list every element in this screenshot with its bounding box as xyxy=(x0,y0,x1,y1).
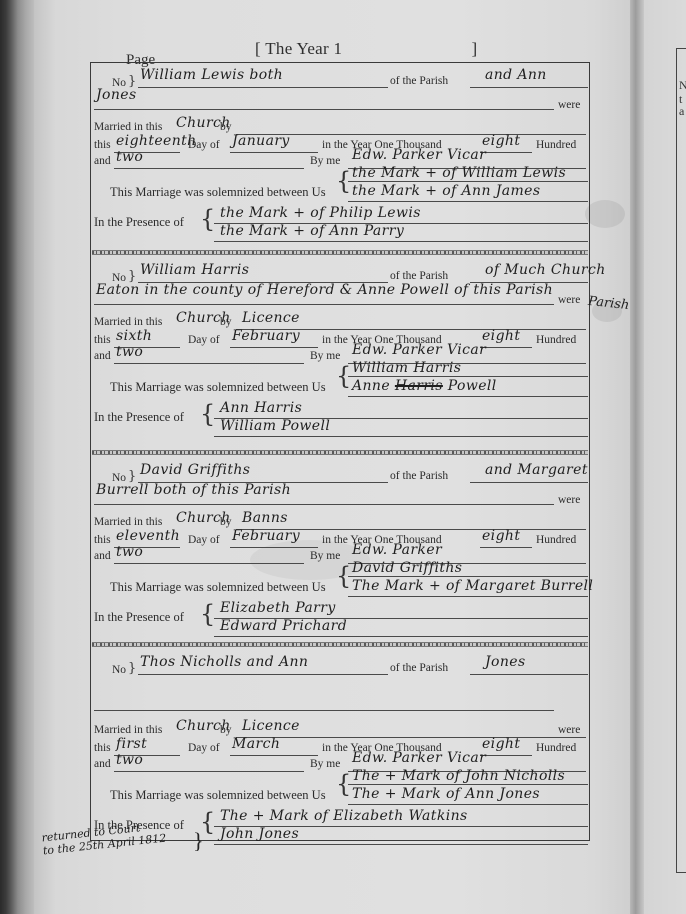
party-signature: Anne Harris Powell xyxy=(352,378,497,394)
page-gutter xyxy=(630,0,644,914)
printed-label: Hundred xyxy=(536,334,576,346)
ruled-line xyxy=(480,547,532,548)
party-signature: The + Mark of John Nicholls xyxy=(352,768,565,784)
printed-label: Day of xyxy=(188,139,220,151)
brace-icon: { xyxy=(200,402,215,426)
paper-stain xyxy=(585,200,625,228)
ruled-line xyxy=(348,376,588,377)
ruled-line xyxy=(94,504,554,505)
ruled-line xyxy=(470,87,588,88)
ruled-line xyxy=(348,396,588,397)
ruled-line xyxy=(348,784,588,785)
printed-label: were xyxy=(558,494,580,506)
book-spine xyxy=(0,0,34,914)
parish-detail: Jones xyxy=(485,654,526,670)
printed-label: This Marriage was solemnized between Us xyxy=(110,380,326,395)
bride-name: Eaton in the county of Hereford & Anne P… xyxy=(96,282,553,298)
ruled-line xyxy=(114,771,304,772)
ruled-line xyxy=(480,347,532,348)
ruled-line xyxy=(470,674,588,675)
printed-label: of the Parish xyxy=(390,662,448,674)
ruled-line xyxy=(470,482,588,483)
ruled-line xyxy=(214,844,588,845)
party-signature: the Mark + of William Lewis xyxy=(352,165,566,181)
facing-page-fragment: a xyxy=(679,104,684,119)
ruled-line xyxy=(138,87,388,88)
year-tail: two xyxy=(116,344,143,360)
printed-label: were xyxy=(558,724,580,736)
printed-label: of the Parish xyxy=(390,470,448,482)
officiant-signature: Edw. Parker Vicar xyxy=(352,750,486,766)
year-label: [ The Year xyxy=(255,39,329,58)
parish-detail: and Ann xyxy=(485,67,547,83)
year-word: eight xyxy=(482,328,520,344)
officiant-signature: Edw. Parker xyxy=(352,542,442,558)
ruled-line xyxy=(138,674,388,675)
year-tail: two xyxy=(116,149,143,165)
ruled-line xyxy=(214,241,588,242)
printed-label: This Marriage was solemnized between Us xyxy=(110,185,326,200)
witness-signature: The + Mark of Elizabeth Watkins xyxy=(220,808,468,824)
marriage-day: eighteenth xyxy=(116,133,197,149)
year-word: eight xyxy=(482,133,520,149)
year-tail: two xyxy=(116,752,143,768)
decorative-divider xyxy=(92,642,588,647)
printed-label: Day of xyxy=(188,334,220,346)
year-heading: [ The Year 1 ] xyxy=(255,39,477,59)
decorative-divider xyxy=(92,450,588,455)
ruled-line xyxy=(348,201,588,202)
ruled-line xyxy=(114,563,304,564)
marriage-month: February xyxy=(232,328,300,344)
marriage-entry: No}William Lewis bothof the Parishand An… xyxy=(90,63,590,263)
printed-label: by xyxy=(220,724,232,736)
marriage-authority: Licence xyxy=(242,718,300,734)
ruled-line xyxy=(348,181,588,182)
printed-label: By me xyxy=(310,550,340,562)
brace-icon: } xyxy=(128,662,136,675)
year-tail: two xyxy=(116,544,143,560)
marriage-month: February xyxy=(232,528,300,544)
printed-label: Married in this xyxy=(94,316,162,328)
brace-icon: { xyxy=(200,602,215,626)
printed-label: In the Presence of xyxy=(94,215,184,230)
witness-signature: Elizabeth Parry xyxy=(220,600,336,616)
witness-signature: the Mark + of Philip Lewis xyxy=(220,205,421,221)
printed-label: this xyxy=(94,334,111,346)
printed-label: by xyxy=(220,516,232,528)
decorative-divider xyxy=(92,250,588,255)
party-signature: The Mark + of Margaret Burrell xyxy=(352,578,593,594)
witness-signature: John Jones xyxy=(220,826,299,842)
year-word: eight xyxy=(482,528,520,544)
brace-icon: { xyxy=(200,207,215,231)
signature-part: Anne xyxy=(352,378,395,394)
printed-label: By me xyxy=(310,350,340,362)
printed-label: were xyxy=(558,294,580,306)
groom-name: David Griffiths xyxy=(140,462,250,478)
ruled-line xyxy=(94,109,554,110)
printed-label: and xyxy=(94,550,111,562)
printed-label: Day of xyxy=(188,742,220,754)
ruled-line xyxy=(230,755,318,756)
marriage-entry: No}William Harrisof the Parishof Much Ch… xyxy=(90,258,590,458)
year-close: ] xyxy=(471,39,477,58)
witness-signature: Ann Harris xyxy=(220,400,302,416)
printed-label: this xyxy=(94,742,111,754)
printed-label: Hundred xyxy=(536,534,576,546)
printed-label: and xyxy=(94,758,111,770)
witness-signature: William Powell xyxy=(220,418,330,434)
marriage-month: January xyxy=(232,133,290,149)
ruled-line xyxy=(214,636,588,637)
officiant-signature: Edw. Parker Vicar xyxy=(352,342,486,358)
printed-label: No xyxy=(112,664,126,676)
ruled-line xyxy=(480,755,532,756)
year-value: 1 xyxy=(334,39,343,58)
struck-out-word: Harris xyxy=(395,378,443,394)
year-word: eight xyxy=(482,736,520,752)
printed-label: Day of xyxy=(188,534,220,546)
printed-label: were xyxy=(558,99,580,111)
printed-label: this xyxy=(94,534,111,546)
marriage-day: sixth xyxy=(116,328,152,344)
witness-signature: the Mark + of Ann Parry xyxy=(220,223,404,239)
printed-label: by xyxy=(220,121,232,133)
ruled-line xyxy=(230,547,318,548)
printed-label: by xyxy=(220,316,232,328)
printed-label: In the Presence of xyxy=(94,610,184,625)
bride-name: Jones xyxy=(96,87,137,103)
officiant-signature: Edw. Parker Vicar xyxy=(352,147,486,163)
printed-label: and xyxy=(94,350,111,362)
signature-part: Powell xyxy=(443,378,497,394)
printed-label: In the Presence of xyxy=(94,410,184,425)
marriage-entry: No}Thos Nicholls and Annof the ParishJon… xyxy=(90,650,590,850)
printed-label: of the Parish xyxy=(390,75,448,87)
party-signature: William Harris xyxy=(352,360,461,376)
bride-name: Burrell both of this Parish xyxy=(96,482,291,498)
facing-page-fragment: N xyxy=(679,78,686,93)
marriage-month: March xyxy=(232,736,280,752)
groom-name: Thos Nicholls and Ann xyxy=(140,654,308,670)
ruled-line xyxy=(348,804,588,805)
marriage-day: first xyxy=(116,736,147,752)
marriage-day: eleventh xyxy=(116,528,180,544)
party-signature: The + Mark of Ann Jones xyxy=(352,786,540,802)
ruled-line xyxy=(236,737,586,738)
witness-signature: Edward Prichard xyxy=(220,618,347,634)
printed-label: this xyxy=(94,139,111,151)
ruled-line xyxy=(480,152,532,153)
ruled-line xyxy=(94,304,554,305)
ruled-line xyxy=(114,363,304,364)
ruled-line xyxy=(230,347,318,348)
ruled-line xyxy=(348,596,588,597)
facing-page-frame xyxy=(676,48,686,873)
ruled-line xyxy=(94,710,554,711)
margin-brace: } xyxy=(193,828,204,854)
printed-label: Hundred xyxy=(536,139,576,151)
groom-name: William Harris xyxy=(140,262,249,278)
printed-label: By me xyxy=(310,758,340,770)
ruled-line xyxy=(230,152,318,153)
printed-label: This Marriage was solemnized between Us xyxy=(110,788,326,803)
groom-name: William Lewis both xyxy=(140,67,283,83)
printed-label: of the Parish xyxy=(390,270,448,282)
printed-label: Married in this xyxy=(94,516,162,528)
party-signature: the Mark + of Ann James xyxy=(352,183,540,199)
parish-detail: and Margaret xyxy=(485,462,588,478)
printed-label: Hundred xyxy=(536,742,576,754)
marriage-authority: Licence xyxy=(242,310,300,326)
ruled-line xyxy=(214,436,588,437)
marriage-authority: Banns xyxy=(242,510,288,526)
printed-label: and xyxy=(94,155,111,167)
printed-label: This Marriage was solemnized between Us xyxy=(110,580,326,595)
printed-label: Married in this xyxy=(94,724,162,736)
ruled-line xyxy=(114,168,304,169)
ruled-line xyxy=(348,576,588,577)
marriage-entry: No}David Griffithsof the Parishand Marga… xyxy=(90,458,590,658)
printed-label: By me xyxy=(310,155,340,167)
parish-detail: of Much Church xyxy=(485,262,606,278)
printed-label: Married in this xyxy=(94,121,162,133)
party-signature: David Griffiths xyxy=(352,560,462,576)
